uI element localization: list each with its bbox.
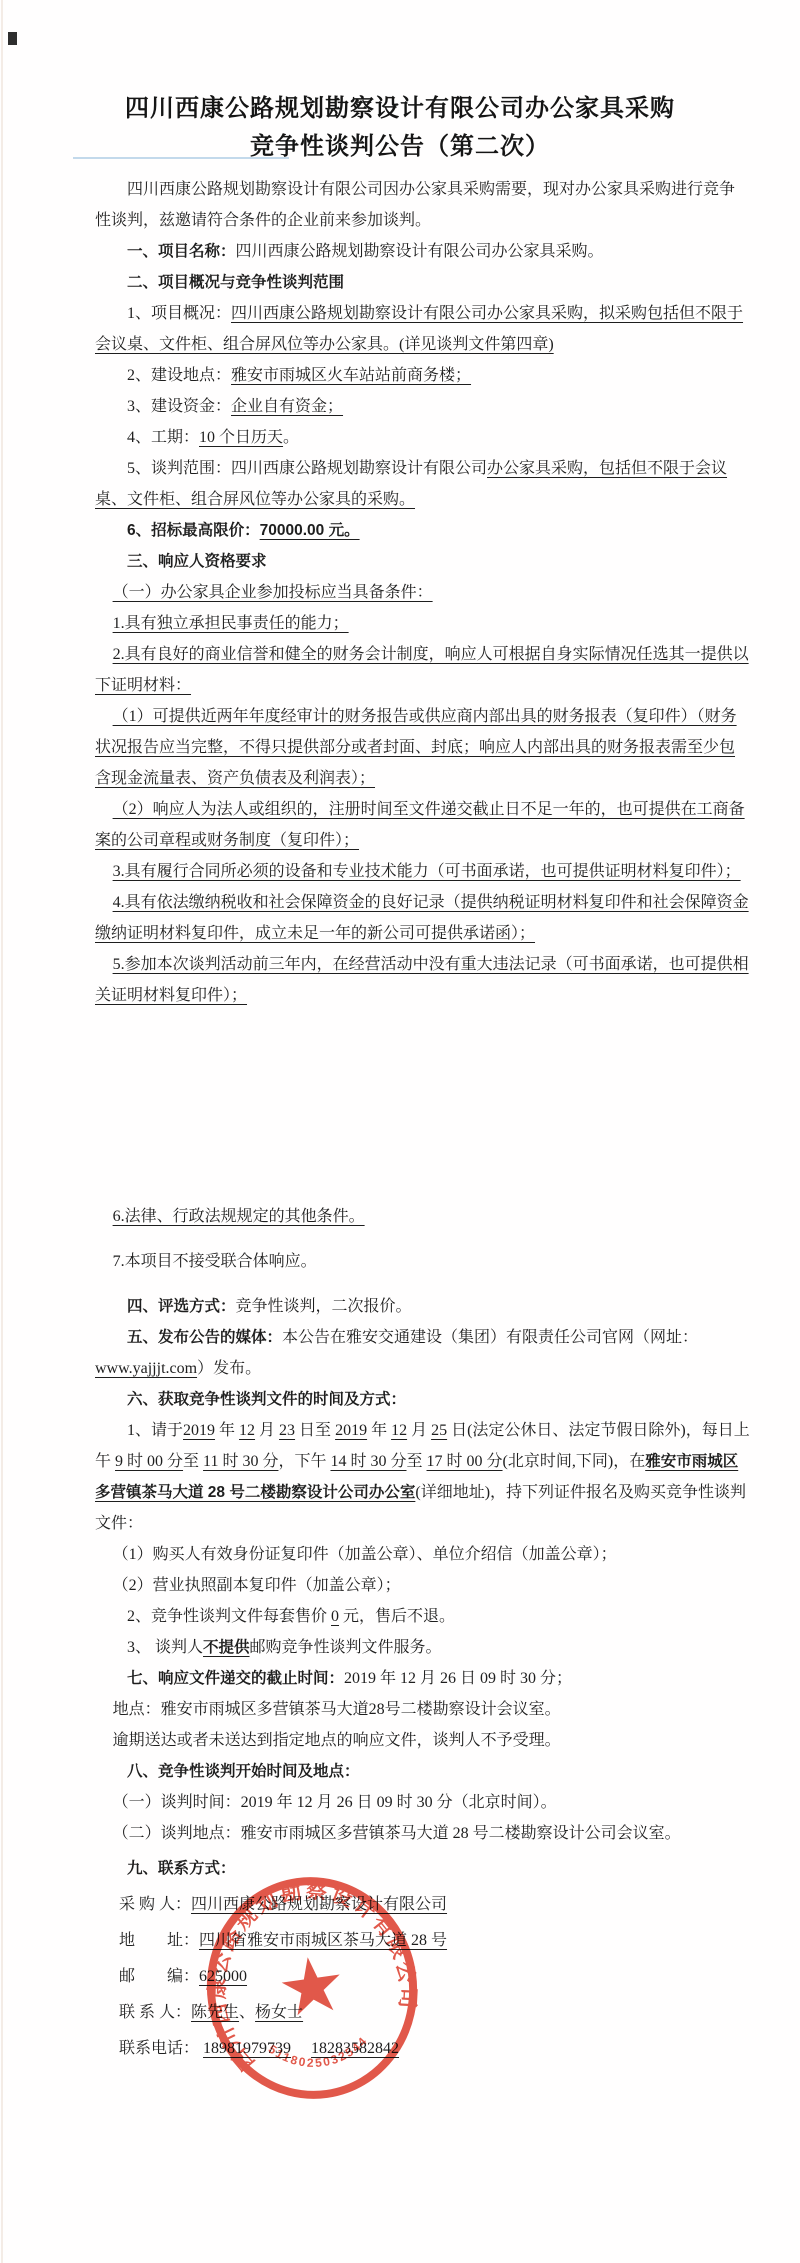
paragraph: 2.具有良好的商业信誉和健全的财务会计制度，响应人可根据自身实际情况任选其一提供…: [95, 639, 750, 701]
paragraph: 3.具有履行合同所必须的设备和专业技术能力（可书面承诺，也可提供证明材料复印件）…: [95, 856, 750, 887]
text-run: 2019 年 12 月 26 日 09 时 30 分；: [344, 1670, 572, 1687]
text-run: 四川西康公路规划勘察设计有限公司: [191, 1896, 447, 1913]
text-run: 3.具有履行合同所必须的设备和专业技术能力（可书面承诺，也可提供证明材料复印件）…: [113, 863, 741, 880]
text-run: 5.参加本次谈判活动前三年内，在经营活动中没有重大违法记录（可书面承诺，也可提供…: [95, 956, 749, 1004]
text-run: 、: [239, 2004, 255, 2021]
paragraph: 4、工期：10 个日历天。: [95, 422, 750, 453]
text-run: 4.具有依法缴纳税收和社会保障资金的良好记录（提供纳税证明材料复印件和社会保障资…: [95, 894, 749, 942]
text-run: 1、请于: [127, 1422, 183, 1439]
text-run: 0: [331, 1608, 339, 1625]
page-title: 四川西康公路规划勘察设计有限公司办公家具采购 竞争性谈判公告（第二次）: [0, 0, 800, 166]
text-run: 7.本项目不接受联合体响应。: [113, 1253, 317, 1270]
text-run: 2019: [335, 1422, 367, 1439]
text-run: （二）谈判地点：雅安市雨城区多营镇茶马大道 28 号二楼勘察设计公司会议室。: [113, 1825, 681, 1842]
text-run: 625000: [199, 1968, 247, 1985]
text-run: 2019: [183, 1422, 215, 1439]
text-run: （2）响应人为法人或组织的，注册时间至文件递交截止日不足一年的，也可提供在工商备…: [95, 801, 745, 849]
paragraph: 一、项目名称：四川西康公路规划勘察设计有限公司办公家具采购。: [95, 236, 750, 267]
text-run: 六、获取竞争性谈判文件的时间及方式：: [127, 1391, 406, 1408]
text-run: 18283582842: [311, 2040, 399, 2057]
text-run: 月: [407, 1422, 431, 1439]
paragraph: 1.具有独立承担民事责任的能力；: [95, 608, 750, 639]
text-run: 一、项目名称：: [127, 243, 236, 260]
text-run: 四川省雅安市雨城区茶马大道 28 号: [199, 1932, 447, 1949]
text-run: 雅安市雨城区火车站站前商务楼；: [231, 367, 471, 384]
paragraph: 地点：雅安市雨城区多营镇茶马大道28号二楼勘察设计会议室。: [95, 1694, 750, 1725]
text-run: 11 时 30 分: [203, 1453, 278, 1470]
text-run: 14 时 30 分: [330, 1453, 406, 1470]
text-run: 6.法律、行政法规规定的其他条件。: [113, 1208, 365, 1225]
paragraph: （2）响应人为法人或组织的，注册时间至文件递交截止日不足一年的，也可提供在工商备…: [95, 794, 750, 856]
paragraph: 2、建设地点：雅安市雨城区火车站站前商务楼；: [95, 360, 750, 391]
text-run: 至: [183, 1453, 203, 1470]
paragraph: 三、响应人资格要求: [95, 546, 750, 577]
text-run: 年: [367, 1422, 391, 1439]
paragraph: （1）购买人有效身份证复印件（加盖公章）、单位介绍信（加盖公章）；: [95, 1539, 750, 1570]
text-run: 12: [391, 1422, 407, 1439]
text-run: 四川西康公路规划勘察设计有限公司因办公家具采购需要，现对办公家具采购进行竞争性谈…: [95, 181, 735, 229]
text-run: 三、响应人资格要求: [127, 553, 267, 570]
text-run: 。: [283, 429, 299, 446]
text-run: 3、 谈判人: [127, 1639, 203, 1656]
text-run: （一）谈判时间：2019 年 12 月 26 日 09 时 30 分（北京时间）…: [113, 1794, 557, 1811]
text-run: ，下午: [278, 1453, 330, 1470]
text-run: （1）购买人有效身份证复印件（加盖公章）、单位介绍信（加盖公章）；: [113, 1546, 617, 1563]
paragraph: 五、发布公告的媒体：本公告在雅安交通建设（集团）有限责任公司官网（网址：www.…: [95, 1322, 750, 1384]
text-run: 联系电话：: [119, 2040, 203, 2057]
paragraph: 八、竞争性谈判开始时间及地点：: [95, 1756, 750, 1787]
title-line-2: 竞争性谈判公告（第二次）: [0, 128, 800, 166]
text-run: 八、竞争性谈判开始时间及地点：: [127, 1763, 360, 1780]
text-run: 逾期送达或者未送达到指定地点的响应文件，谈判人不予受理。: [113, 1732, 561, 1749]
text-run: 17 时 00 分: [427, 1453, 503, 1470]
text-run: （1）可提供近两年年度经审计的财务报告或供应商内部出具的财务报表（复印件）（财务…: [95, 708, 737, 787]
announcement-document: 四川西康公路规划勘察设计有限公司办公家具采购 竞争性谈判公告（第二次） 四川西康…: [0, 0, 800, 2263]
text-run: 12: [239, 1422, 255, 1439]
text-run: 2.具有良好的商业信誉和健全的财务会计制度，响应人可根据自身实际情况任选其一提供…: [95, 646, 749, 694]
text-run: (北京时间,下同)，在: [503, 1453, 646, 1470]
paragraph: 九、联系方式：: [95, 1853, 750, 1884]
text-run: 70000.00 元。: [260, 522, 360, 539]
text-run: [291, 2040, 311, 2057]
scan-line-artifact: [73, 157, 289, 159]
paragraph: 6、招标最高限价：70000.00 元。: [95, 515, 750, 546]
paragraph: （2）营业执照副本复印件（加盖公章）；: [95, 1570, 750, 1601]
paragraph: 二、项目概况与竞争性谈判范围: [95, 267, 750, 298]
scan-edge-artifact: [1, 0, 3, 2263]
text-run: 地 址：: [119, 1932, 199, 1949]
text-run: 月: [255, 1422, 279, 1439]
text-run: 二、项目概况与竞争性谈判范围: [127, 274, 344, 291]
paragraph: 四川西康公路规划勘察设计有限公司因办公家具采购需要，现对办公家具采购进行竞争性谈…: [95, 174, 750, 236]
text-run: 1、项目概况：: [127, 305, 231, 322]
paragraph: 3、 谈判人不提供邮购竞争性谈判文件服务。: [95, 1632, 750, 1663]
text-run: 元，售后不退。: [339, 1608, 455, 1625]
document-body: 四川西康公路规划勘察设计有限公司因办公家具采购需要，现对办公家具采购进行竞争性谈…: [0, 174, 800, 2064]
paragraph: 四、评选方式：竞争性谈判，二次报价。: [95, 1291, 750, 1322]
text-run: 1.具有独立承担民事责任的能力；: [113, 615, 349, 632]
text-run: 四、评选方式：: [127, 1298, 236, 1315]
text-run: 采 购 人：: [119, 1896, 191, 1913]
paragraph: 5.参加本次谈判活动前三年内，在经营活动中没有重大违法记录（可书面承诺，也可提供…: [95, 949, 750, 1011]
text-run: 2、竞争性谈判文件每套售价: [127, 1608, 331, 1625]
corner-mark-artifact: [8, 32, 17, 45]
text-run: 年: [215, 1422, 239, 1439]
text-run: 陈先生: [191, 2004, 239, 2021]
paragraph: （1）可提供近两年年度经审计的财务报告或供应商内部出具的财务报表（复印件）（财务…: [95, 701, 750, 794]
text-run: 竞争性谈判，二次报价。: [236, 1298, 412, 1315]
text-run: 10 个日历天: [199, 429, 283, 446]
paragraph: 7.本项目不接受联合体响应。: [95, 1246, 750, 1277]
text-run: 联 系 人：: [119, 2004, 191, 2021]
title-line-1: 四川西康公路规划勘察设计有限公司办公家具采购: [0, 90, 800, 128]
paragraph: （二）谈判地点：雅安市雨城区多营镇茶马大道 28 号二楼勘察设计公司会议室。: [95, 1818, 750, 1849]
paragraph: （一）办公家具企业参加投标应当具备条件：: [95, 577, 750, 608]
text-run: 企业自有资金；: [231, 398, 343, 415]
text-run: 18981979739: [203, 2040, 291, 2057]
text-run: www.yajjjt.com: [95, 1360, 197, 1377]
text-run: 25: [431, 1422, 447, 1439]
text-run: 9 时 00 分: [115, 1453, 183, 1470]
text-run: 七、响应文件递交的截止时间：: [127, 1670, 344, 1687]
text-run: 杨女士: [255, 2004, 303, 2021]
text-run: 邮购竞争性谈判文件服务。: [250, 1639, 442, 1656]
text-run: 本公告在雅安交通建设（集团）有限责任公司官网（网址：: [282, 1329, 698, 1346]
paragraph: 采 购 人：四川西康公路规划勘察设计有限公司: [95, 1889, 750, 1920]
paragraph: 六、获取竞争性谈判文件的时间及方式：: [95, 1384, 750, 1415]
text-run: 邮 编：: [119, 1968, 199, 1985]
paragraph: 6.法律、行政法规规定的其他条件。: [95, 1201, 750, 1232]
paragraph: 地 址：四川省雅安市雨城区茶马大道 28 号: [95, 1925, 750, 1956]
text-run: （一）办公家具企业参加投标应当具备条件：: [113, 584, 433, 601]
text-run: 23: [279, 1422, 295, 1439]
text-run: （2）营业执照副本复印件（加盖公章）；: [113, 1577, 401, 1594]
text-run: ）发布。: [197, 1360, 261, 1377]
paragraph: （一）谈判时间：2019 年 12 月 26 日 09 时 30 分（北京时间）…: [95, 1787, 750, 1818]
paragraph: 5、谈判范围：四川西康公路规划勘察设计有限公司办公家具采购，包括但不限于会议桌、…: [95, 453, 750, 515]
paragraph: 逾期送达或者未送达到指定地点的响应文件，谈判人不予受理。: [95, 1725, 750, 1756]
text-run: 4、工期：: [127, 429, 199, 446]
text-run: 地点：雅安市雨城区多营镇茶马大道28号二楼勘察设计会议室。: [113, 1701, 561, 1718]
paragraph: 4.具有依法缴纳税收和社会保障资金的良好记录（提供纳税证明材料复印件和社会保障资…: [95, 887, 750, 949]
paragraph: 2、竞争性谈判文件每套售价 0 元，售后不退。: [95, 1601, 750, 1632]
paragraph: 1、项目概况：四川西康公路规划勘察设计有限公司办公家具采购，拟采购包括但不限于会…: [95, 298, 750, 360]
text-run: 2、建设地点：: [127, 367, 231, 384]
paragraph: 1、请于2019 年 12 月 23 日至 2019 年 12 月 25 日(法…: [95, 1415, 750, 1539]
text-run: 九、联系方式：: [127, 1860, 236, 1877]
paragraph: 联系电话： 18981979739 18283582842: [95, 2033, 750, 2064]
text-run: 四川西康公路规划勘察设计有限公司办公家具采购。: [236, 243, 604, 260]
text-run: 至: [407, 1453, 427, 1470]
text-run: 6、招标最高限价：: [127, 522, 260, 539]
text-run: 日至: [295, 1422, 335, 1439]
paragraph: 联 系 人：陈先生、杨女士: [95, 1997, 750, 2028]
paragraph: 邮 编：625000: [95, 1961, 750, 1992]
text-run: 五、发布公告的媒体：: [127, 1329, 282, 1346]
paragraph: 3、建设资金：企业自有资金；: [95, 391, 750, 422]
text-run: 5、谈判范围：四川西康公路规划勘察设计有限公司: [127, 460, 487, 477]
paragraph: 七、响应文件递交的截止时间：2019 年 12 月 26 日 09 时 30 分…: [95, 1663, 750, 1694]
text-run: 3、建设资金：: [127, 398, 231, 415]
text-run: 不提供: [203, 1639, 250, 1656]
